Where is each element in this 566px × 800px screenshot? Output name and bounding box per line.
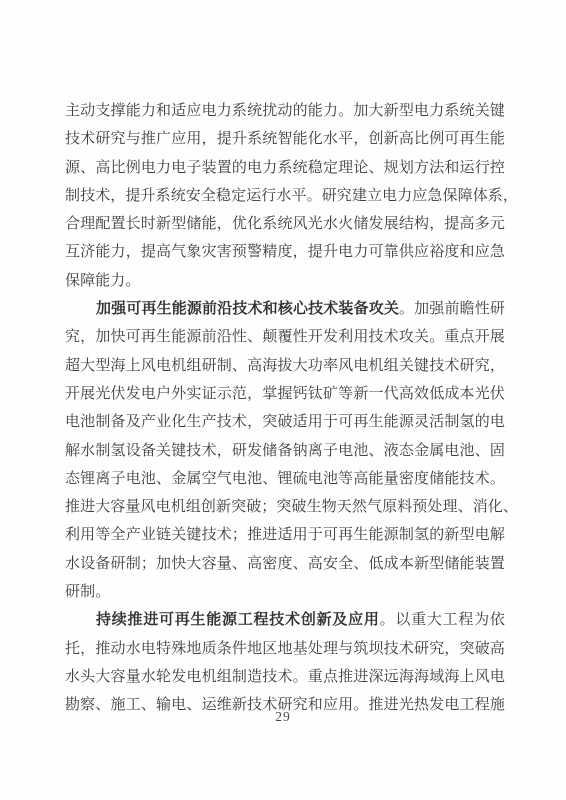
text-line: 技术研究与推广应用，提升系统智能化水平，创新高比例可再生能 <box>65 125 505 153</box>
text-run: 制技术，提升系统安全稳定运行水平。研究建立电力应急保障体系， <box>65 188 518 204</box>
text-line: 电池制备及产业化生产技术，突破适用于可再生能源灵活制氢的电 <box>65 408 505 436</box>
text-line: 利用等全产业链关键技术；推进适用于可再生能源制氢的新型电解 <box>65 521 505 549</box>
text-run: 。以重大工程为依 <box>380 612 505 628</box>
text-run: 保障能力。 <box>65 273 141 289</box>
text-run: 合理配置长时新型储能，优化系统风光水火储发展结构，提高多元 <box>65 216 505 232</box>
document-page: 主动支撑能力和适应电力系统扰动的能力。加大新型电力系统关键技术研究与推广应用，提… <box>0 0 566 800</box>
text-line: 制技术，提升系统安全稳定运行水平。研究建立电力应急保障体系， <box>65 182 505 210</box>
text-line: 托，推动水电特殊地质条件地区地基处理与筑坝技术研究，突破高 <box>65 635 505 663</box>
text-run: 态锂离子电池、金属空气电池、锂硫电池等高能量密度储能技术。 <box>65 471 505 487</box>
text-line: 态锂离子电池、金属空气电池、锂硫电池等高能量密度储能技术。 <box>65 465 505 493</box>
text-line: 开展光伏发电户外实证示范，掌握钙钛矿等新一代高效低成本光伏 <box>65 380 505 408</box>
text-line: 水设备研制；加快大容量、高密度、高安全、低成本新型储能装置 <box>65 550 505 578</box>
text-run: 超大型海上风电机组研制、高海拔大功率风电机组关键技术研究， <box>65 358 505 374</box>
text-line: 加强可再生能源前沿技术和核心技术装备攻关。加强前瞻性研 <box>65 295 505 323</box>
text-line: 源、高比例电力电子装置的电力系统稳定理论、规划方法和运行控 <box>65 154 505 182</box>
text-run: 研制。 <box>65 584 110 600</box>
text-line: 解水制氢设备关键技术，研发储备钠离子电池、液态金属电池、固 <box>65 437 505 465</box>
text-run: 推进大容量风电机组创新突破；突破生物天然气原料预处理、消化、 <box>65 499 518 515</box>
text-run: 源、高比例电力电子装置的电力系统稳定理论、规划方法和运行控 <box>65 160 505 176</box>
text-line: 主动支撑能力和适应电力系统扰动的能力。加大新型电力系统关键 <box>65 97 505 125</box>
text-run: 主动支撑能力和适应电力系统扰动的能力。加大新型电力系统关键 <box>65 103 505 119</box>
paragraph-lead-bold: 加强可再生能源前沿技术和核心技术装备攻关 <box>96 301 399 317</box>
paragraph-lead-bold: 持续推进可再生能源工程技术创新及应用 <box>96 612 380 628</box>
text-line: 合理配置长时新型储能，优化系统风光水火储发展结构，提高多元 <box>65 210 505 238</box>
text-run: 水设备研制；加快大容量、高密度、高安全、低成本新型储能装置 <box>65 556 505 572</box>
text-run: 电池制备及产业化生产技术，突破适用于可再生能源灵活制氢的电 <box>65 414 505 430</box>
text-run: 利用等全产业链关键技术；推进适用于可再生能源制氢的新型电解 <box>65 527 505 543</box>
text-run: 技术研究与推广应用，提升系统智能化水平，创新高比例可再生能 <box>65 131 505 147</box>
text-line: 究，加快可再生能源前沿性、颠覆性开发利用技术攻关。重点开展 <box>65 323 505 351</box>
text-run: 互济能力，提高气象灾害预警精度，提升电力可靠供应裕度和应急 <box>65 244 505 260</box>
page-number: 29 <box>0 709 566 725</box>
text-run: 解水制氢设备关键技术，研发储备钠离子电池、液态金属电池、固 <box>65 443 505 459</box>
text-line: 持续推进可再生能源工程技术创新及应用。以重大工程为依 <box>65 606 505 634</box>
text-line: 保障能力。 <box>65 267 505 295</box>
text-line: 超大型海上风电机组研制、高海拔大功率风电机组关键技术研究， <box>65 352 505 380</box>
text-run: 水头大容量水轮发电机组制造技术。重点推进深远海海域海上风电 <box>65 669 505 685</box>
text-run: 。加强前瞻性研 <box>399 301 505 317</box>
text-line: 研制。 <box>65 578 505 606</box>
text-run: 开展光伏发电户外实证示范，掌握钙钛矿等新一代高效低成本光伏 <box>65 386 505 402</box>
text-run: 托，推动水电特殊地质条件地区地基处理与筑坝技术研究，突破高 <box>65 641 505 657</box>
text-line: 水头大容量水轮发电机组制造技术。重点推进深远海海域海上风电 <box>65 663 505 691</box>
text-line: 互济能力，提高气象灾害预警精度，提升电力可靠供应裕度和应急 <box>65 238 505 266</box>
text-run: 究，加快可再生能源前沿性、颠覆性开发利用技术攻关。重点开展 <box>65 329 505 345</box>
document-body: 主动支撑能力和适应电力系统扰动的能力。加大新型电力系统关键技术研究与推广应用，提… <box>65 97 505 720</box>
text-line: 推进大容量风电机组创新突破；突破生物天然气原料预处理、消化、 <box>65 493 505 521</box>
